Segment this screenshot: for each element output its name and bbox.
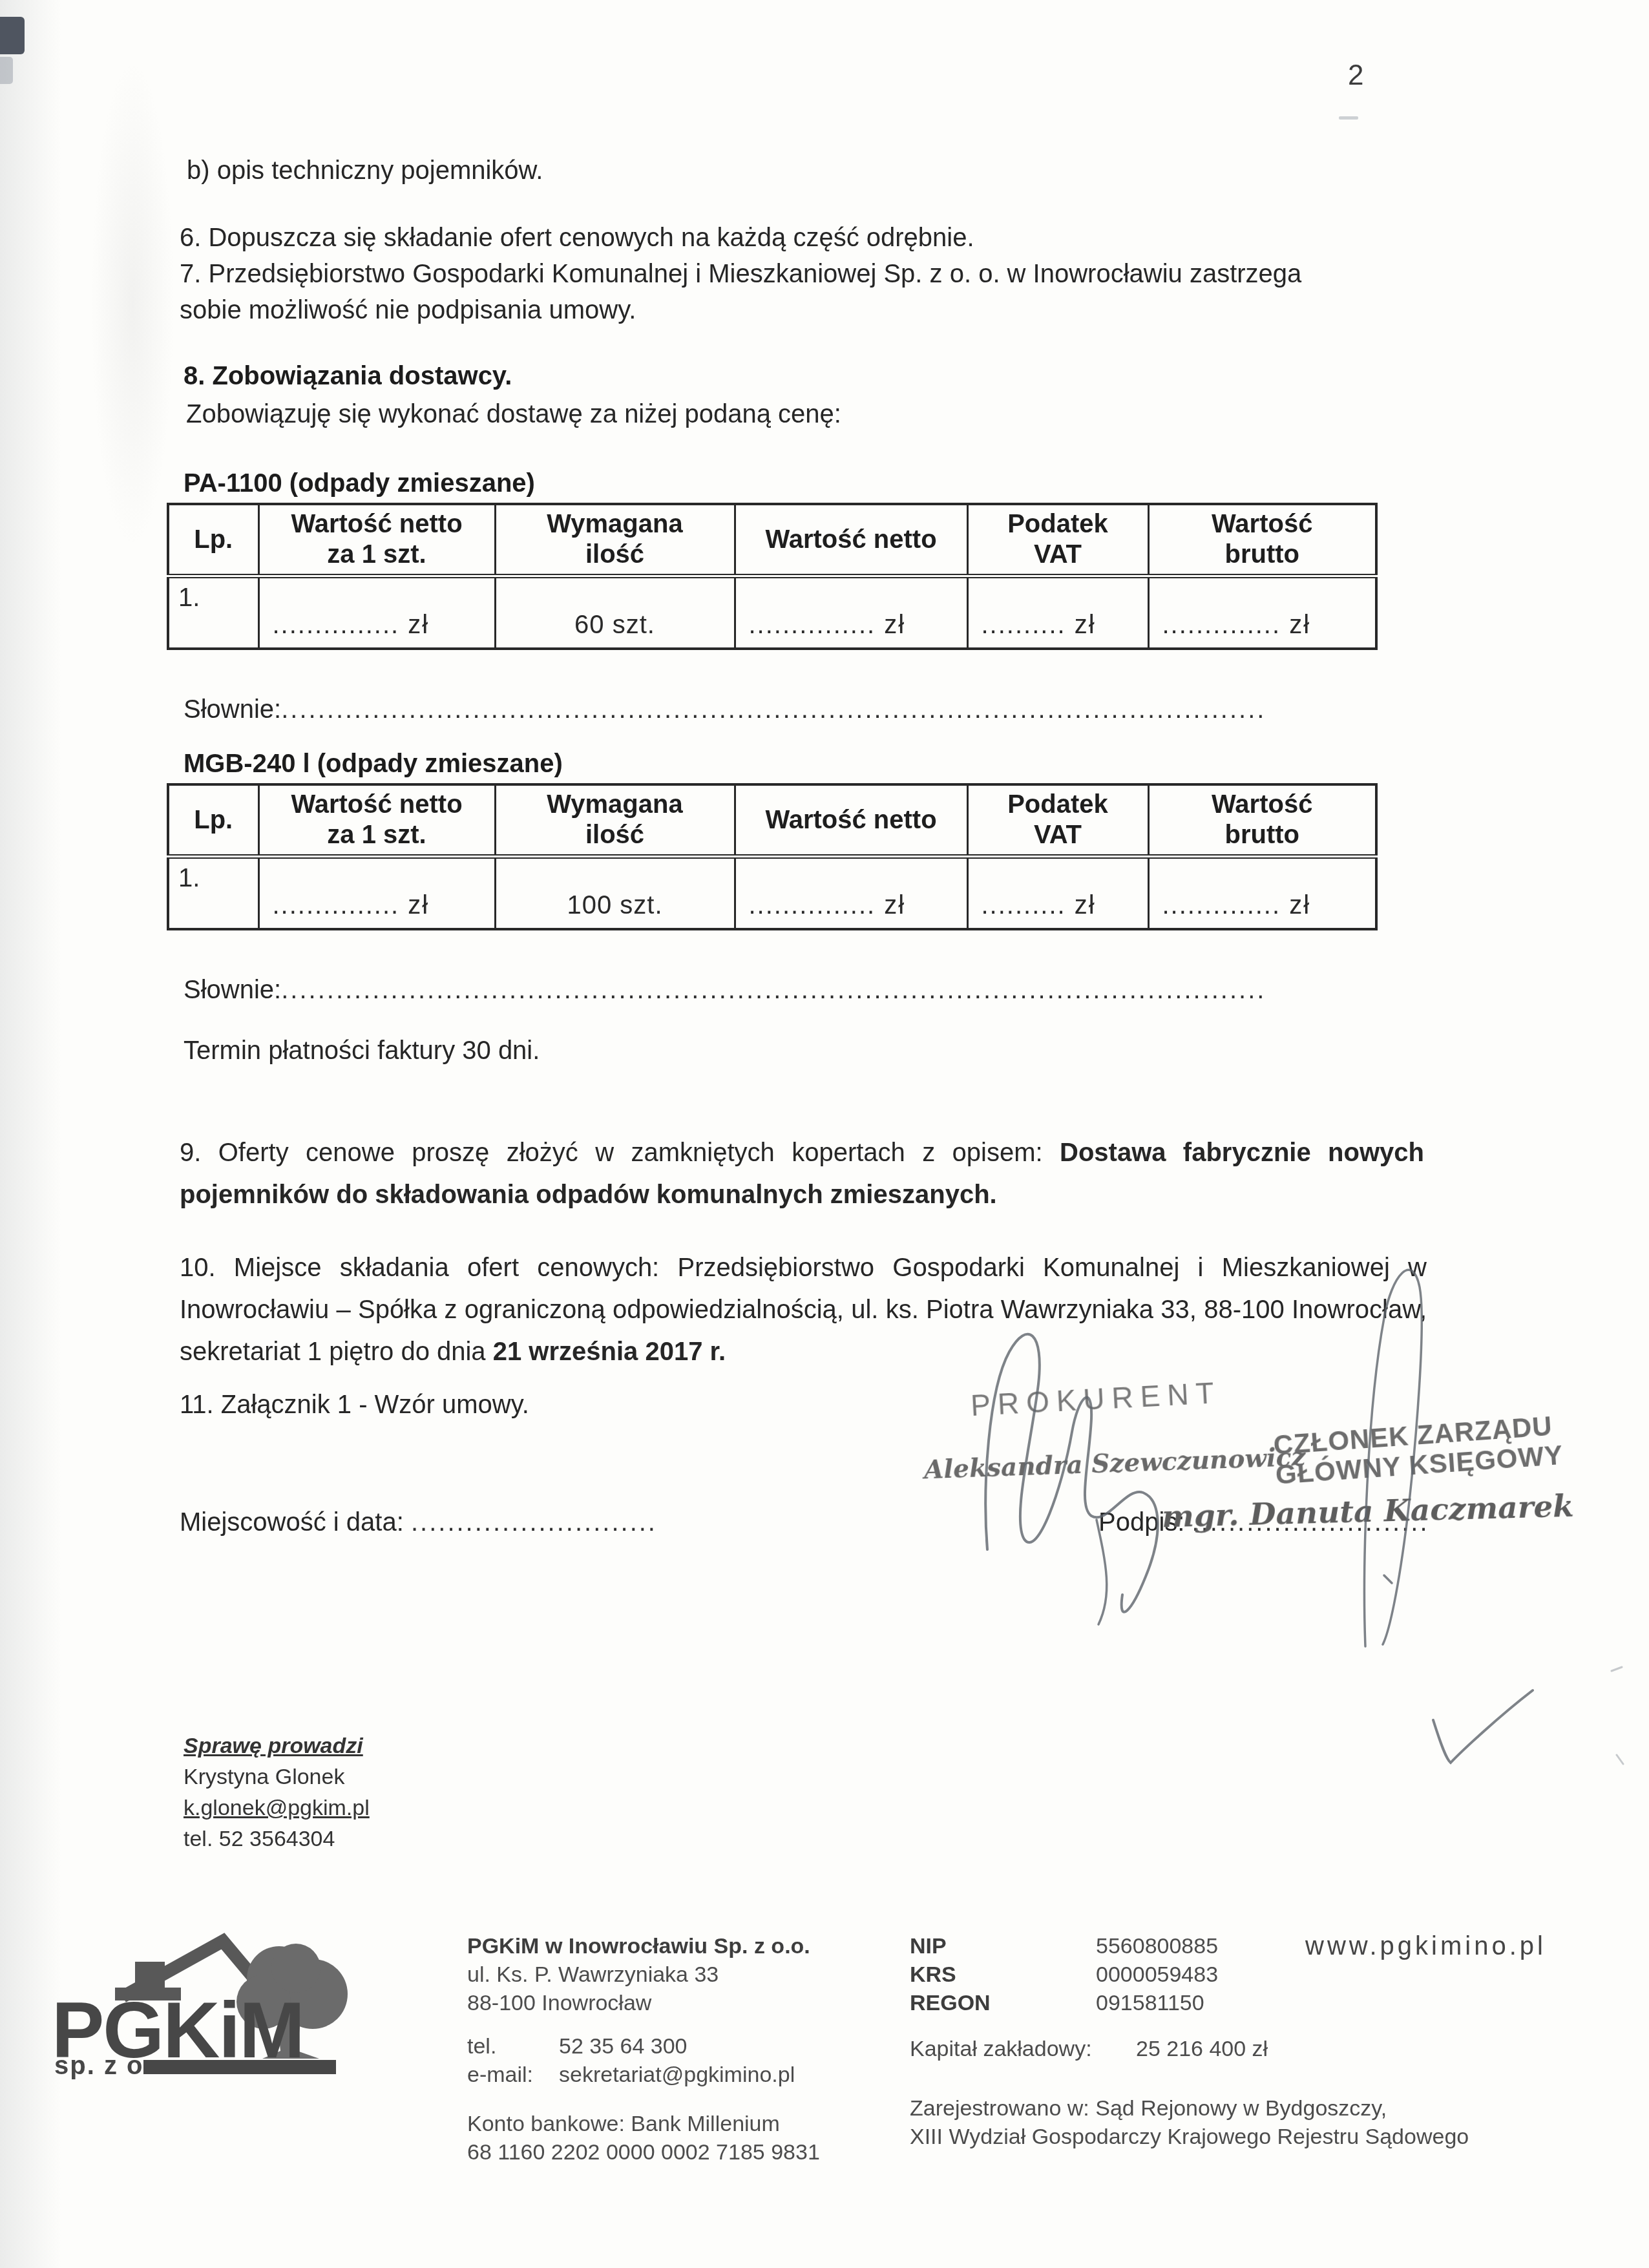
col-qty: Wymaganailość	[495, 784, 735, 857]
place-date-line: Miejscowość i data: ....................…	[180, 1506, 761, 1539]
section-8-intro: Zobowiązuję się wykonać dostawę za niżej…	[186, 397, 841, 431]
item-9: 9. Oferty cenowe proszę złożyć w zamknię…	[180, 1132, 1424, 1216]
col-gross: Wartośćbrutto	[1148, 784, 1376, 857]
company-name: PGKiM w Inowrocławiu Sp. z o.o.	[467, 1934, 810, 1959]
cell-gross: .............. zł	[1148, 576, 1376, 649]
col-vat: PodatekVAT	[967, 784, 1148, 857]
capital-value: 25 216 400 zł	[1136, 2037, 1268, 2062]
col-vat: PodatekVAT	[967, 504, 1148, 576]
registered-line-1: Zarejestrowano w: Sąd Rejonowy w Bydgosz…	[910, 2096, 1387, 2121]
col-net-total: Wartość netto	[735, 784, 967, 857]
cell-qty: 100 szt.	[495, 857, 735, 929]
item-9-text: 9. Oferty cenowe proszę złożyć w zamknię…	[180, 1139, 1060, 1167]
company-address-1: ul. Ks. P. Wawrzyniaka 33	[467, 1962, 719, 1988]
table-header-row: Lp. Wartość nettoza 1 szt. Wymaganailość…	[168, 504, 1376, 576]
page-number: 2	[1348, 59, 1363, 92]
case-officer-name: Krystyna Glonek	[184, 1761, 370, 1792]
payment-term: Termin płatności faktury 30 dni.	[184, 1034, 540, 1067]
regon-value: 091581150	[1096, 1991, 1204, 2016]
cell-lp: 1.	[168, 576, 258, 649]
case-officer-heading: Sprawę prowadzi	[184, 1730, 370, 1761]
accountant-name-stamp: mgr. Danuta Kaczmarek	[1161, 1489, 1574, 1535]
cell-vat: .......... zł	[967, 857, 1148, 929]
cell-net-unit: ............... zł	[258, 857, 495, 929]
prokurent-name-stamp: Aleksandra Szewczunowicz	[923, 1442, 1306, 1486]
table-row: 1. ............... zł 100 szt. .........…	[168, 857, 1376, 929]
cell-qty: 60 szt.	[495, 576, 735, 649]
company-tel-value: 52 35 64 300	[559, 2034, 688, 2059]
case-officer-block: Sprawę prowadzi Krystyna Glonek k.glonek…	[184, 1730, 370, 1854]
scan-smudge	[90, 58, 174, 549]
item-b: b) opis techniczny pojemników.	[187, 154, 543, 187]
logo-bar	[143, 2060, 336, 2074]
item-11: 11. Załącznik 1 - Wzór umowy.	[180, 1388, 529, 1422]
slownie-dots: ........................................…	[281, 695, 1263, 724]
col-gross: Wartośćbrutto	[1148, 504, 1376, 576]
slownie-line-2: Słownie:................................…	[184, 973, 1263, 1007]
price-table-mgb240: Lp. Wartość nettoza 1 szt. Wymaganailość…	[167, 783, 1378, 930]
nip-label: NIP	[910, 1934, 947, 1959]
slownie-label: Słownie:	[184, 976, 281, 1004]
col-lp: Lp.	[168, 784, 258, 857]
col-net-unit: Wartość nettoza 1 szt.	[258, 784, 495, 857]
cell-vat: .......... zł	[967, 576, 1148, 649]
house-icon	[115, 1941, 260, 2000]
col-qty: Wymaganailość	[495, 504, 735, 576]
logo-subtext: sp. z o.o.	[54, 2052, 178, 2080]
cell-lp: 1.	[168, 857, 258, 929]
bank-line: Konto bankowe: Bank Millenium	[467, 2112, 780, 2137]
case-officer-phone: tel. 52 3564304	[184, 1823, 370, 1854]
cell-net-total: ............... zł	[735, 576, 967, 649]
table-title-mgb240: MGB-240 l (odpady zmieszane)	[184, 747, 563, 781]
col-lp: Lp.	[168, 504, 258, 576]
item-10: 10. Miejsce składania ofert cenowych: Pr…	[180, 1247, 1427, 1373]
cell-net-unit: ............... zł	[258, 576, 495, 649]
company-address-2: 88-100 Inowrocław	[467, 1991, 651, 2016]
price-table-pa1100: Lp. Wartość nettoza 1 szt. Wymaganailość…	[167, 503, 1378, 650]
item-10-bold: 21 września 2017 r.	[493, 1338, 726, 1366]
cell-gross: .............. zł	[1148, 857, 1376, 929]
place-date-dots: ...........................	[411, 1508, 657, 1537]
company-email-value: sekretariat@pgkimino.pl	[559, 2063, 795, 2088]
scanned-document-page: 2 b) opis techniczny pojemników. 6. Dopu…	[0, 0, 1649, 2268]
scan-corner-mark-light	[0, 57, 13, 84]
bank-label: Konto bankowe:	[467, 2112, 625, 2136]
place-date-label: Miejscowość i data:	[180, 1508, 404, 1537]
col-net-total: Wartość netto	[735, 504, 967, 576]
capital-label: Kapitał zakładowy:	[910, 2037, 1092, 2062]
scan-corner-mark-dark	[0, 17, 25, 54]
logo-text: PGKiM	[52, 1986, 304, 2074]
bank-account: 68 1160 2202 0000 0002 7185 9831	[467, 2140, 820, 2165]
col-net-unit: Wartość nettoza 1 szt.	[258, 504, 495, 576]
table-header-row: Lp. Wartość nettoza 1 szt. Wymaganailość…	[168, 784, 1376, 857]
table-row: 1. ............... zł 60 szt. ..........…	[168, 576, 1376, 649]
slownie-line-1: Słownie:................................…	[184, 693, 1263, 726]
cell-net-total: ............... zł	[735, 857, 967, 929]
section-8-heading: 8. Zobowiązania dostawcy.	[184, 359, 512, 393]
registered-line-2: XIII Wydział Gospodarczy Krajowego Rejes…	[910, 2125, 1469, 2150]
scan-dash-mark	[1339, 116, 1358, 120]
item-10-text: 10. Miejsce składania ofert cenowych: Pr…	[180, 1254, 1427, 1366]
slownie-dots: ........................................…	[281, 976, 1263, 1004]
prokurent-stamp: PROKURENT	[970, 1375, 1222, 1423]
nip-value: 5560800885	[1096, 1934, 1218, 1959]
company-email-label: e-mail:	[467, 2063, 533, 2088]
bank-value: Bank Millenium	[631, 2112, 780, 2136]
tree-icon	[236, 1944, 348, 2059]
table-title-pa1100: PA-1100 (odpady zmieszane)	[184, 467, 535, 500]
item-6: 6. Dopuszcza się składanie ofert cenowyc…	[180, 221, 974, 255]
scan-edge-shadow	[0, 0, 61, 2268]
slownie-label: Słownie:	[184, 695, 281, 724]
regon-label: REGON	[910, 1991, 991, 2016]
website: www.pgkimino.pl	[1305, 1932, 1546, 1961]
krs-value: 0000059483	[1096, 1962, 1218, 1988]
pgkim-logo: PGKiM sp. z o.o.	[39, 1932, 439, 2139]
item-7: 7. Przedsiębiorstwo Gospodarki Komunalne…	[180, 256, 1369, 328]
krs-label: KRS	[910, 1962, 956, 1988]
board-member-stamp: CZŁONEK ZARZĄDU GŁÓWNY KSIĘGOWY	[1272, 1412, 1534, 1490]
case-officer-email: k.glonek@pgkim.pl	[184, 1792, 370, 1823]
company-tel-label: tel.	[467, 2034, 496, 2059]
